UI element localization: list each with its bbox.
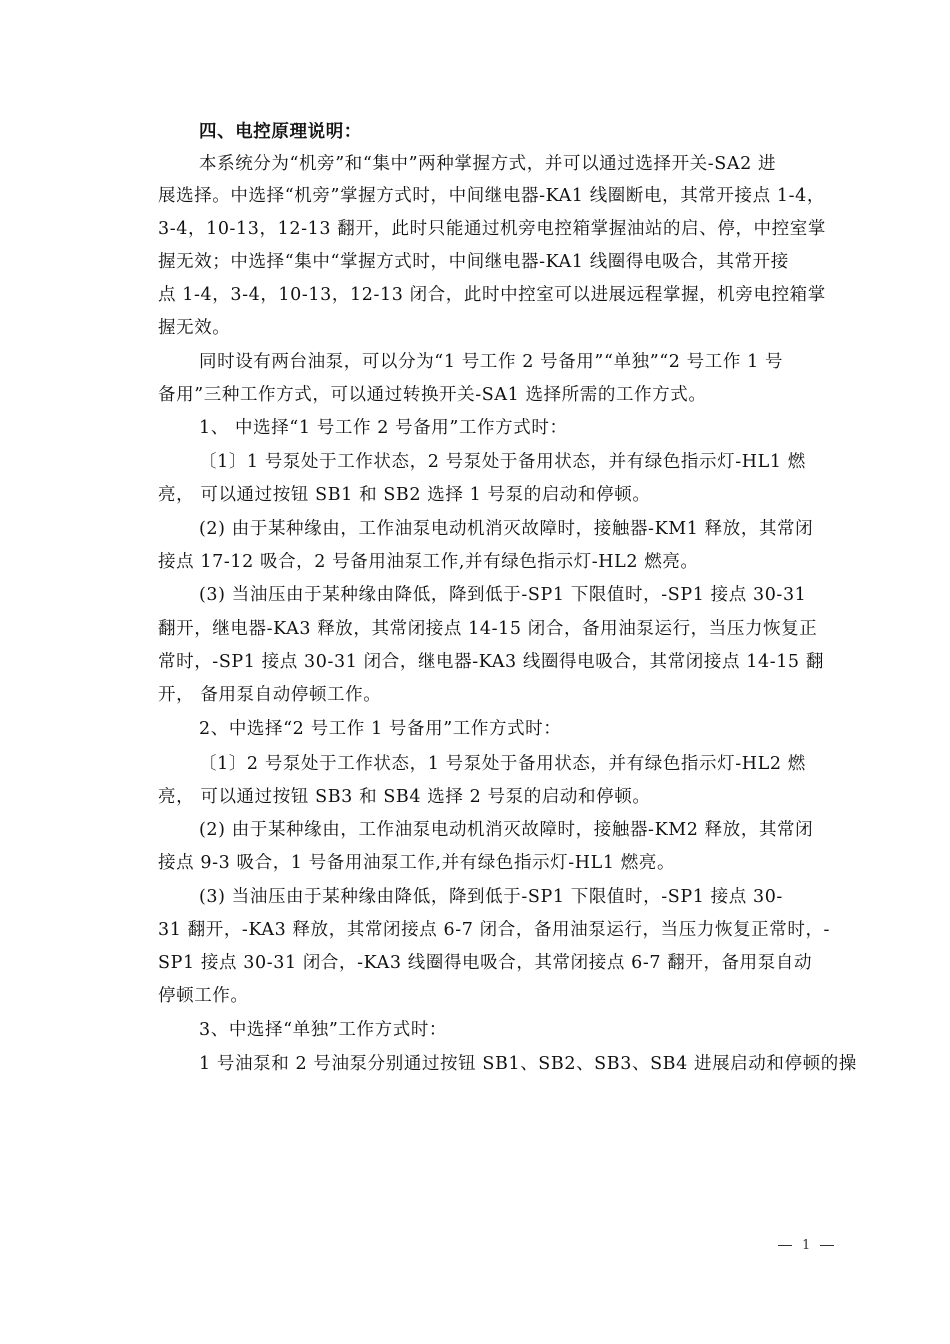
text-line: 〔1〕1 号泵处于工作状态，2 号泵处于备用状态，并有绿色指示灯-HL1 燃 — [199, 447, 806, 477]
text-line: 1、 中选择“1 号工作 2 号备用”工作方式时： — [199, 413, 568, 443]
text-line: (3) 当油压由于某种缘由降低，降到低于-SP1 下限值时，-SP1 接点 30… — [199, 580, 806, 610]
text-line: 本系统分为“机旁”和“集中”两种掌握方式，并可以通过选择开关-SA2 进 — [199, 149, 776, 179]
text-line: 亮， 可以通过按钮 SB1 和 SB2 选择 1 号泵的启动和停顿。 — [158, 480, 650, 510]
text-line: 接点 17-12 吸合，2 号备用油泵工作,并有绿色指示灯-HL2 燃亮。 — [158, 547, 699, 577]
text-line: 点 1-4，3-4，10-13，12-13 闭合，此时中控室可以进展远程掌握，机… — [158, 280, 826, 310]
text-line: 握无效；中选择“集中“掌握方式时，中间继电器-KA1 线圈得电吸合，其常开接 — [158, 247, 789, 277]
text-line: 3、中选择“单独”工作方式时： — [199, 1015, 447, 1045]
text-line: 翻开，继电器-KA3 释放，其常闭接点 14-15 闭合，备用油泵运行，当压力恢… — [158, 614, 817, 644]
text-line: 同时设有两台油泵，可以分为“1 号工作 2 号备用”“单独”“2 号工作 1 号 — [199, 347, 783, 377]
text-line: 握无效。 — [158, 313, 230, 343]
text-line: (2) 由于某种缘由，工作油泵电动机消灭故障时，接触器-KM2 释放，其常闭 — [199, 815, 813, 845]
footer-dash-left — [778, 1245, 792, 1246]
text-line: 3-4，10-13，12-13 翻开，此时只能通过机旁电控箱掌握油站的启、停，中… — [158, 214, 826, 244]
text-line: 常时，-SP1 接点 30-31 闭合，继电器-KA3 线圈得电吸合，其常闭接点… — [158, 647, 824, 677]
text-line: 〔1〕2 号泵处于工作状态，1 号泵处于备用状态，并有绿色指示灯-HL2 燃 — [199, 749, 806, 779]
page-number: 1 — [802, 1238, 810, 1253]
text-line: 停顿工作。 — [158, 981, 249, 1011]
text-line: SP1 接点 30-31 闭合，-KA3 线圈得电吸合，其常闭接点 6-7 翻开… — [158, 948, 812, 978]
text-line: 接点 9-3 吸合，1 号备用油泵工作,并有绿色指示灯-HL1 燃亮。 — [158, 848, 675, 878]
text-line: 亮， 可以通过按钮 SB3 和 SB4 选择 2 号泵的启动和停顿。 — [158, 782, 650, 812]
section-heading: 四、电控原理说明： — [199, 117, 362, 147]
text-line: (3) 当油压由于某种缘由降低，降到低于-SP1 下限值时，-SP1 接点 30… — [199, 882, 783, 912]
text-line: 2、中选择“2 号工作 1 号备用”工作方式时： — [199, 714, 561, 744]
text-line: 31 翻开，-KA3 释放，其常闭接点 6-7 闭合，备用油泵运行，当压力恢复正… — [158, 915, 830, 945]
text-line: 开， 备用泵自动停顿工作。 — [158, 680, 381, 710]
text-line: 1 号油泵和 2 号油泵分别通过按钮 SB1、SB2、SB3、SB4 进展启动和… — [199, 1049, 857, 1079]
footer-dash-right — [820, 1245, 834, 1246]
text-line: 备用”三种工作方式，可以通过转换开关-SA1 选择所需的工作方式。 — [158, 380, 706, 410]
page-footer: 1 — [778, 1238, 834, 1253]
text-line: (2) 由于某种缘由，工作油泵电动机消灭故障时，接触器-KM1 释放，其常闭 — [199, 514, 813, 544]
text-line: 展选择。中选择“机旁”掌握方式时，中间继电器-KA1 线圈断电，其常开接点 1-… — [158, 181, 825, 211]
